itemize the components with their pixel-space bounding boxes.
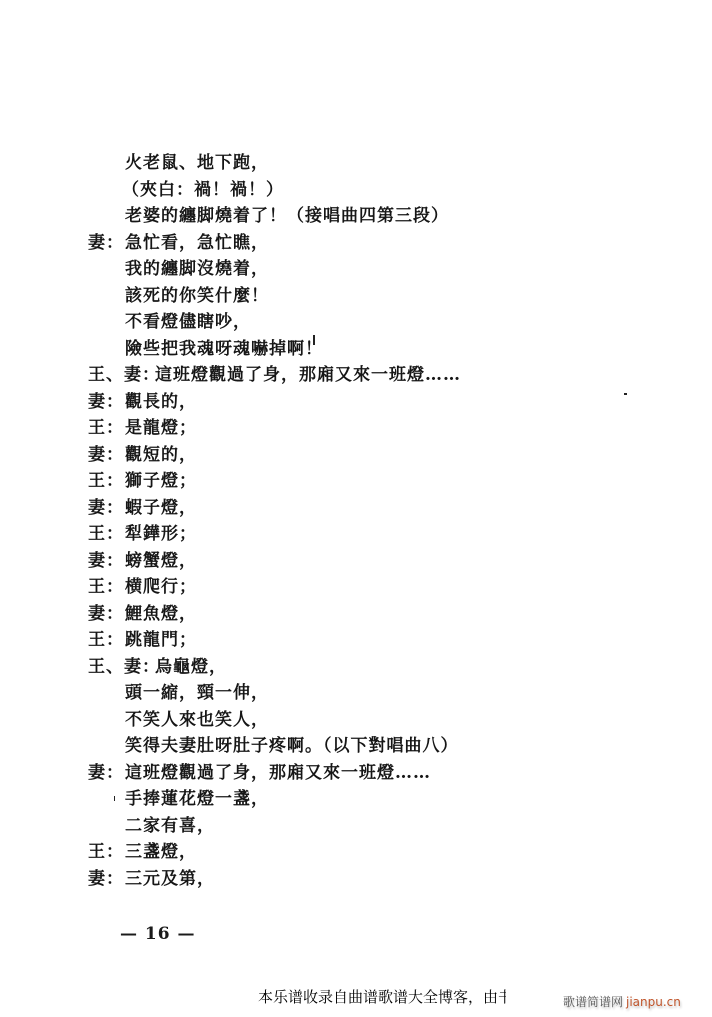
line-text: 三元及第， [125,866,215,892]
line-text: 手捧蓮花燈一盞， [125,786,269,812]
line-text: 獅子燈； [125,468,197,494]
line-text: 跳龍門； [125,627,197,653]
line-text: 笑得夫妻肚呀肚子疼啊。（以下對唱曲八） [125,733,459,759]
watermark-url: jianpu.cn [626,995,681,1009]
line-text: 三盞燈， [125,839,197,865]
speaker-label: 王： [88,415,124,441]
line-text: 這班燈觀過了身，那廂又來一班燈…… [125,760,431,786]
speaker-label: 王： [88,627,124,653]
line-text: 觀長的， [125,389,197,415]
speaker-label: 妻： [88,389,124,415]
speaker-label: 妻： [88,548,124,574]
line-text: 是龍燈； [125,415,197,441]
line-text: 烏龜燈， [155,654,227,680]
line-text: 該死的你笑什麼！ [125,283,269,309]
speaker-label: 妻： [88,495,124,521]
line-text: 老婆的纏脚燒着了！（接唱曲四第三段） [125,203,449,229]
line-text: 蝦子燈， [125,495,197,521]
speaker-label: 王、妻： [88,362,160,388]
speaker-label: 王： [88,468,124,494]
watermark-site-name: 歌谱简谱网 [563,995,623,1009]
speaker-label: 王： [88,521,124,547]
line-text: 不看燈儘瞎吵， [125,309,251,335]
speaker-label: 妻： [88,760,124,786]
line-text: 螃蟹燈， [125,548,197,574]
line-text: 這班燈觀過了身，那廂又來一班燈…… [155,362,461,388]
line-text: 鯉魚燈， [125,601,197,627]
line-text: 横爬行； [125,574,197,600]
line-text: （夾白：禍！禍！） [122,177,284,203]
scan-artifact [624,393,627,395]
line-text: 急忙看，急忙瞧， [125,230,269,256]
line-text: 犁鏵形； [125,521,197,547]
speaker-label: 妻： [88,442,124,468]
line-text: 火老鼠、地下跑， [125,150,269,176]
speaker-label: 王、妻： [88,654,160,680]
scanned-page: 火老鼠、地下跑， （夾白：禍！禍！） 老婆的纏脚燒着了！（接唱曲四第三段） 妻：… [0,0,712,1017]
speaker-label: 妻： [88,866,124,892]
scan-artifact [313,335,315,345]
line-text: 頭一縮，頸一伸， [125,680,269,706]
speaker-label: 王： [88,574,124,600]
site-watermark: 歌谱简谱网jianpu.cn [563,994,681,1010]
speaker-label: 妻： [88,230,124,256]
source-note: 本乐谱收录自曲谱歌谱大全博客，由书 [258,987,506,1007]
line-text: 我的纏脚沒燒着， [125,256,269,282]
line-text: 險些把我魂呀魂嚇掉啊！ [125,336,323,362]
line-text: 二家有喜， [125,813,215,839]
line-text: 觀短的， [125,442,197,468]
line-text: 不笑人來也笑人， [125,707,269,733]
page-number: — 16 — [120,923,196,945]
scan-artifact [114,796,115,801]
speaker-label: 妻： [88,601,124,627]
speaker-label: 王： [88,839,124,865]
